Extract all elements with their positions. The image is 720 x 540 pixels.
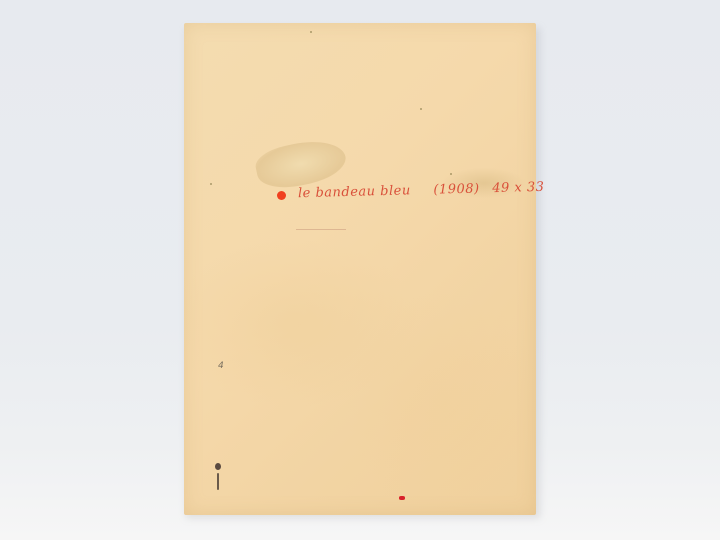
dirt-speck (450, 173, 452, 175)
inscription-title: le bandeau bleu (298, 183, 411, 201)
faint-underline-mark (296, 229, 346, 230)
inscription-dimensions: 49 x 33 (492, 180, 545, 196)
red-dot-marker (277, 191, 286, 200)
dirt-speck (310, 31, 312, 33)
aged-paper-sheet: le bandeau bleu (1908) 49 x 33 4 (184, 23, 536, 515)
dirt-speck (420, 108, 422, 110)
inscription-year: (1908) (433, 181, 480, 197)
handwritten-inscription: le bandeau bleu (1908) 49 x 33 (298, 180, 545, 201)
ink-mark-line (217, 473, 219, 490)
red-ink-speck (399, 496, 405, 500)
pencil-number: 4 (218, 361, 224, 371)
ink-mark-dot (215, 463, 221, 470)
dirt-speck (210, 183, 212, 185)
